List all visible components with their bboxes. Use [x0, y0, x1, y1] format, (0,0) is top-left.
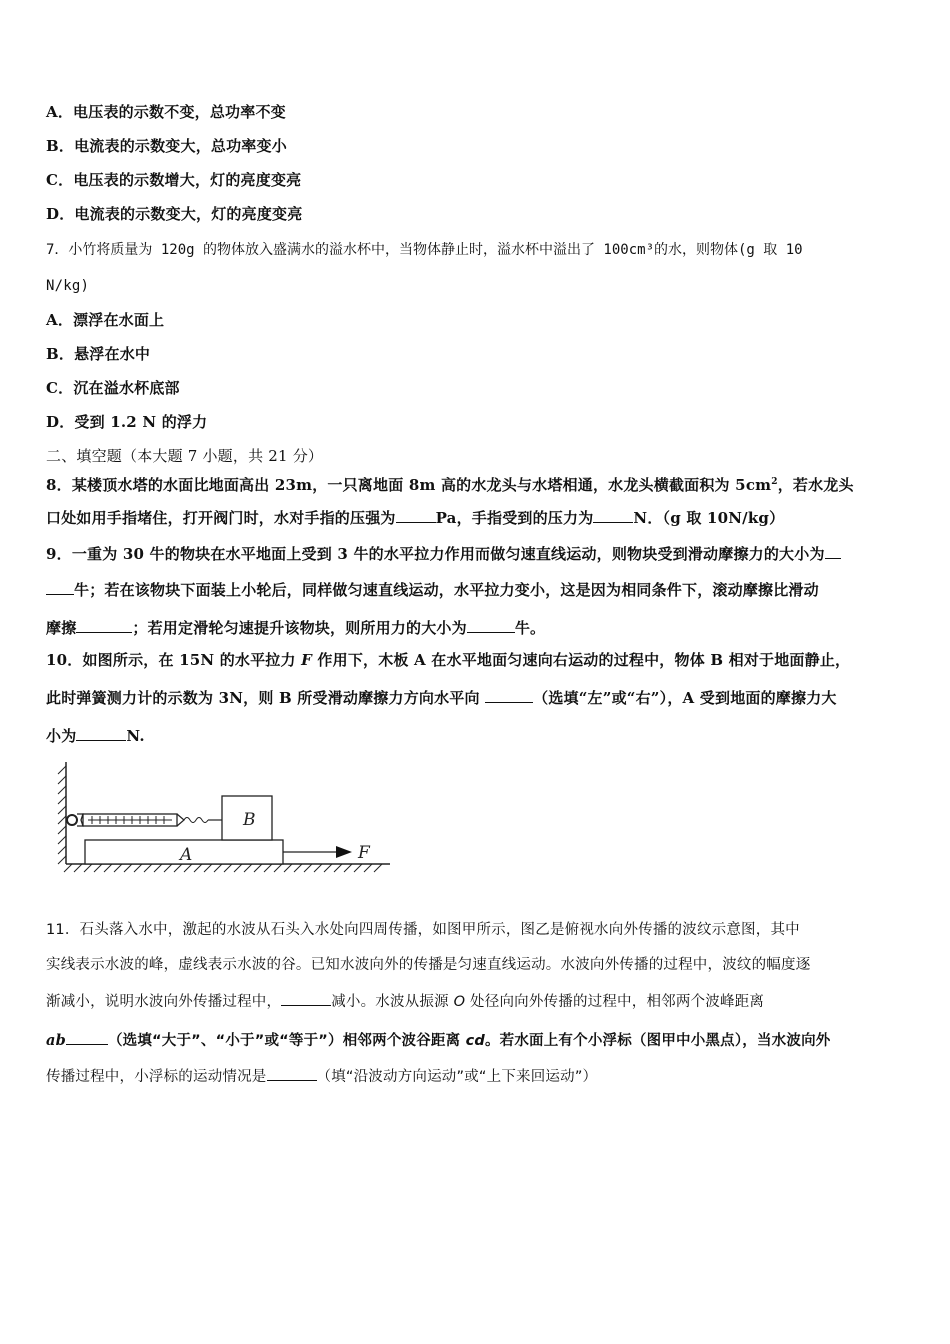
q10-figure-diagram: B A F — [50, 758, 390, 890]
section-title-fill-in: 二、填空题（本大题 7 小题，共 21 分） — [46, 446, 323, 466]
q7-option-d: D．受到 1.2 N 的浮力 — [46, 412, 207, 432]
q7-option-c: C．沉在溢水杯底部 — [46, 378, 180, 398]
q7-option-b: B．悬浮在水中 — [46, 344, 150, 364]
label-B: B — [242, 810, 256, 830]
q6-option-b: B．电流表的示数变大，总功率变小 — [46, 136, 287, 156]
q6-option-c: C．电压表的示数增大，灯的亮度变亮 — [46, 170, 301, 190]
q8-stem-line2: 口处如用手指堵住，打开阀门时，水对手指的压强为Pa，手指受到的压力为N．（g 取… — [46, 508, 784, 528]
q8-blank-force[interactable] — [593, 508, 633, 523]
q9-blank-friction-b[interactable] — [46, 580, 74, 595]
q8-blank-pressure[interactable] — [396, 508, 436, 523]
q11-stem-line1: 11．石头落入水中，激起的水波从石头入水处向四周传播，如图甲所示，图乙是俯视水向… — [46, 920, 800, 940]
q10-stem-line3: 小为N. — [46, 726, 145, 746]
q7-stem-line2: N/kg) — [46, 276, 89, 296]
q10-stem-line2: 此时弹簧测力计的示数为 3N，则 B 所受滑动摩擦力方向水平向 （选填“左”或“… — [46, 688, 837, 708]
q9-blank-compare[interactable] — [76, 618, 132, 633]
q11-blank-compare[interactable] — [66, 1030, 108, 1045]
q10-stem-line1: 10．如图所示，在 15N 的水平拉力 F 作用下，木板 A 在水平地面匀速向右… — [46, 650, 850, 670]
q8-stem-line1: 8．某楼顶水塔的水面比地面高出 23m，一只离地面 8m 高的水龙头与水塔相通，… — [46, 472, 854, 495]
q11-stem-line4: ab（选填“大于”、“小于”或“等于”）相邻两个波谷距离 cd。若水面上有个小浮… — [46, 1030, 831, 1051]
q9-blank-pulley-force[interactable] — [467, 618, 515, 633]
q11-blank-decrease[interactable] — [281, 991, 331, 1006]
q9-stem-line2: 牛；若在该物块下面装上小轮后，同样做匀速直线运动，水平拉力变小，这是因为相同条件… — [46, 580, 819, 600]
q11-blank-motion[interactable] — [267, 1066, 317, 1081]
q9-stem-line3: 摩擦；若用定滑轮匀速提升该物块，则所用力的大小为牛。 — [46, 618, 545, 638]
q7-option-a: A．漂浮在水面上 — [46, 310, 164, 330]
q6-option-a: A．电压表的示数不变，总功率不变 — [46, 102, 286, 122]
q10-blank-friction[interactable] — [76, 726, 126, 741]
q7-stem-line1: 7．小竹将质量为 120g 的物体放入盛满水的溢水杯中，当物体静止时，溢水杯中溢… — [46, 240, 803, 260]
q9-blank-friction-a[interactable] — [825, 544, 841, 559]
q10-blank-direction[interactable] — [485, 688, 533, 703]
label-A: A — [178, 845, 192, 865]
q11-stem-line2: 实线表示水波的峰，虚线表示水波的谷。已知水波向外的传播是匀速直线运动。水波向外传… — [46, 955, 810, 975]
q6-option-d: D．电流表的示数变大，灯的亮度变亮 — [46, 204, 302, 224]
q9-stem-line1: 9．一重为 30 牛的物块在水平地面上受到 3 牛的水平拉力作用而做匀速直线运动… — [46, 544, 841, 564]
q11-stem-line3: 渐减小，说明水波向外传播过程中，减小。水波从振源 O 处径向向外传播的过程中，相… — [46, 991, 764, 1012]
q11-stem-line5: 传播过程中，小浮标的运动情况是（填“沿波动方向运动”或“上下来回运动”） — [46, 1066, 597, 1087]
label-F: F — [357, 843, 371, 863]
